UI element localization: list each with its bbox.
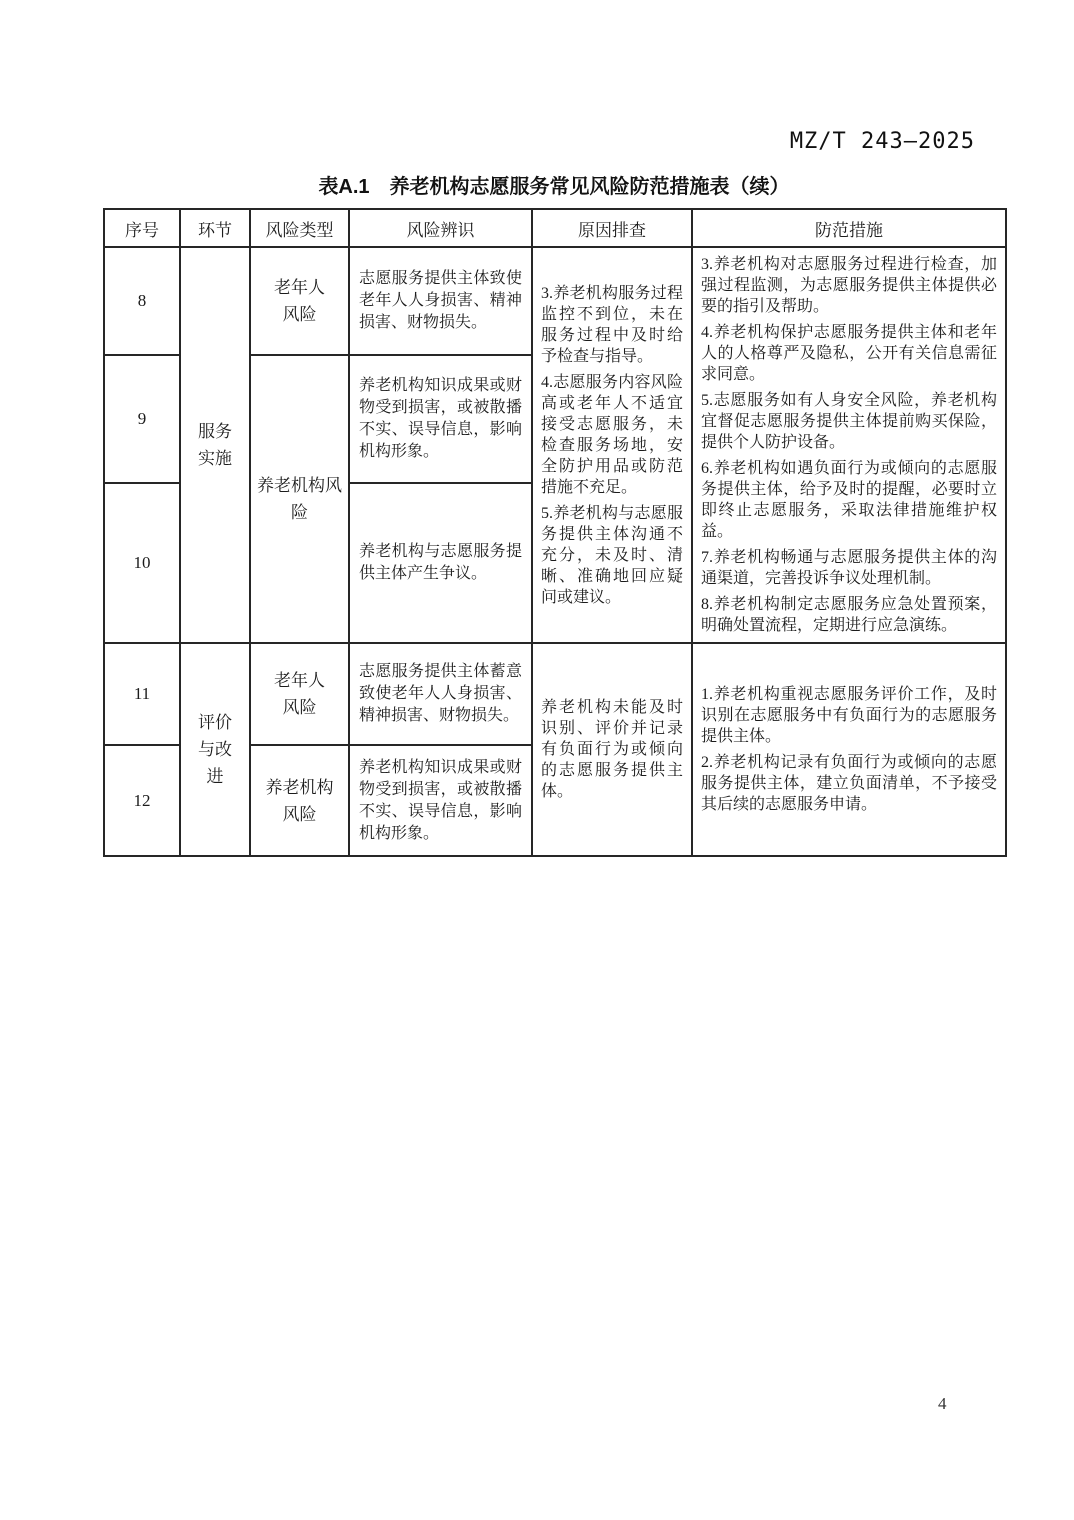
- cause-item: 3.养老机构服务过程监控不到位，未在服务过程中及时给予检查与指导。: [541, 283, 683, 367]
- cell-stage: 服务 实施: [180, 247, 250, 643]
- cell-seq: 11: [104, 643, 180, 745]
- cell-measures: 1.养老机构重视志愿服务评价工作，及时识别在志愿服务中有负面行为的志愿服务提供主…: [692, 643, 1006, 856]
- cell-risk-type: 养老机构风 险: [250, 355, 349, 643]
- col-header-seq: 序号: [104, 209, 180, 247]
- cell-risk-ident: 养老机构知识成果或财物受到损害，或被散播不实、误导信息，影响机构形象。: [349, 355, 532, 483]
- measure-item: 7.养老机构畅通与志愿服务提供主体的沟通渠道，完善投诉争议处理机制。: [701, 547, 997, 589]
- document-page: MZ/T 243—2025 表A.1 养老机构志愿服务常见风险防范措施表（续） …: [0, 0, 1074, 1520]
- cell-cause: 3.养老机构服务过程监控不到位，未在服务过程中及时给予检查与指导。 4.志愿服务…: [532, 247, 692, 643]
- col-header-cause: 原因排查: [532, 209, 692, 247]
- measure-item: 3.养老机构对志愿服务过程进行检查，加强过程监测，为志愿服务提供主体提供必要的指…: [701, 254, 997, 317]
- col-header-measures: 防范措施: [692, 209, 1006, 247]
- cause-item: 4.志愿服务内容风险高或老年人不适宜接受志愿服务，未检查服务场地，安全防护用品或…: [541, 372, 683, 498]
- measure-item: 6.养老机构如遇负面行为或倾向的志愿服务提供主体，给予及时的提醒，必要时立即终止…: [701, 458, 997, 542]
- cell-risk-type: 老年人 风险: [250, 643, 349, 745]
- cell-seq: 8: [104, 247, 180, 355]
- table-row: 8 服务 实施 老年人 风险 志愿服务提供主体致使老年人人身损害、精神损害、财物…: [104, 247, 1006, 355]
- table-title: 表A.1 养老机构志愿服务常见风险防范措施表（续）: [103, 170, 1005, 199]
- cell-risk-ident: 养老机构与志愿服务提供主体产生争议。: [349, 483, 532, 643]
- measure-item: 5.志愿服务如有人身安全风险，养老机构宜督促志愿服务提供主体提前购买保险，提供个…: [701, 390, 997, 453]
- measure-item: 2.养老机构记录有负面行为或倾向的志愿服务提供主体，建立负面清单，不予接受其后续…: [701, 752, 997, 815]
- cell-measures: 3.养老机构对志愿服务过程进行检查，加强过程监测，为志愿服务提供主体提供必要的指…: [692, 247, 1006, 643]
- col-header-risk-ident: 风险辨识: [349, 209, 532, 247]
- cell-seq: 12: [104, 745, 180, 856]
- table-header-row: 序号 环节 风险类型 风险辨识 原因排查 防范措施: [104, 209, 1006, 247]
- table-row: 11 评价 与改 进 老年人 风险 志愿服务提供主体蓄意致使老年人人身损害、精神…: [104, 643, 1006, 745]
- col-header-risk-type: 风险类型: [250, 209, 349, 247]
- cell-seq: 9: [104, 355, 180, 483]
- measure-item: 8.养老机构制定志愿服务应急处置预案，明确处置流程，定期进行应急演练。: [701, 594, 997, 636]
- cell-risk-ident: 志愿服务提供主体蓄意致使老年人人身损害、精神损害、财物损失。: [349, 643, 532, 745]
- doc-code: MZ/T 243—2025: [790, 129, 975, 154]
- risk-measures-table: 序号 环节 风险类型 风险辨识 原因排查 防范措施 8 服务 实施 老年人 风险…: [103, 208, 1007, 857]
- measure-item: 1.养老机构重视志愿服务评价工作，及时识别在志愿服务中有负面行为的志愿服务提供主…: [701, 684, 997, 747]
- page-number: 4: [938, 1394, 947, 1414]
- cell-seq: 10: [104, 483, 180, 643]
- cell-risk-type: 老年人 风险: [250, 247, 349, 355]
- cause-item: 养老机构未能及时识别、评价并记录有负面行为或倾向的志愿服务提供主体。: [541, 697, 683, 802]
- col-header-stage: 环节: [180, 209, 250, 247]
- cell-cause: 养老机构未能及时识别、评价并记录有负面行为或倾向的志愿服务提供主体。: [532, 643, 692, 856]
- cell-risk-ident: 志愿服务提供主体致使老年人人身损害、精神损害、财物损失。: [349, 247, 532, 355]
- cell-stage: 评价 与改 进: [180, 643, 250, 856]
- cause-item: 5.养老机构与志愿服务提供主体沟通不充分，未及时、清晰、准确地回应疑问或建议。: [541, 503, 683, 608]
- cell-risk-ident: 养老机构知识成果或财物受到损害，或被散播不实、误导信息，影响机构形象。: [349, 745, 532, 856]
- measure-item: 4.养老机构保护志愿服务提供主体和老年人的人格尊严及隐私，公开有关信息需征求同意…: [701, 322, 997, 385]
- cell-risk-type: 养老机构 风险: [250, 745, 349, 856]
